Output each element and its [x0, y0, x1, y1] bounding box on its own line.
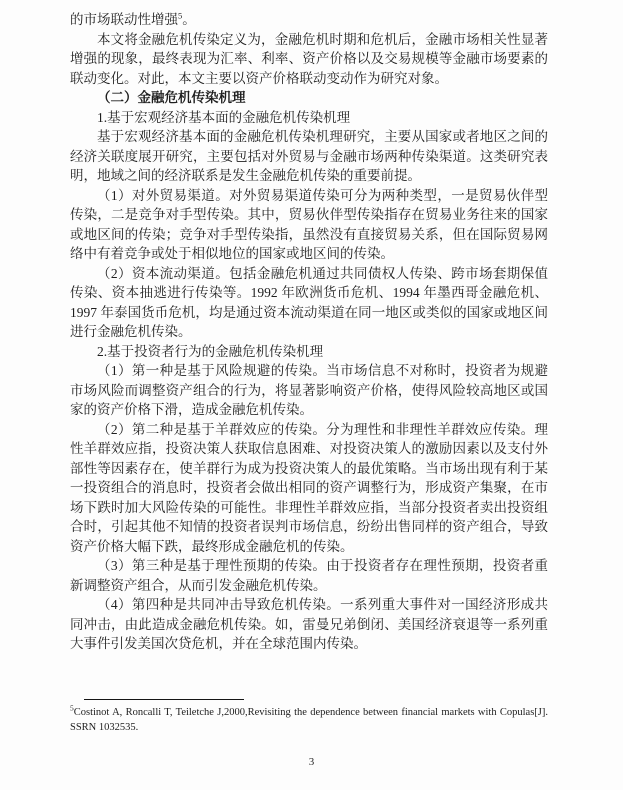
page-body: 的市场联动性增强5。 本文将金融危机传染定义为，金融危机时期和危机后，金融市场相…	[70, 10, 548, 654]
paragraph-risk-aversion: （1）第一种是基于风险规避的传染。当市场信息不对称时，投资者为规避市场风险而调整…	[70, 361, 548, 420]
paragraph-capital-channel: （2）资本流动渠道。包括金融危机通过共同债权人传染、跨市场套期保值传染、资本抽逃…	[70, 264, 548, 342]
subsection-2-title: 2.基于投资者行为的金融危机传染机理	[70, 342, 548, 362]
continuation-period: 。	[182, 12, 196, 27]
paragraph-trade-channel: （1）对外贸易渠道。对外贸易渠道传染可分为两种类型，一是贸易伙伴型传染，二是竞争…	[70, 186, 548, 264]
continuation-text: 的市场联动性增强	[70, 12, 178, 27]
footnote-citation: 5Costinot A, Roncalli T, Teiletche J,200…	[70, 705, 548, 735]
paragraph-continuation: 的市场联动性增强5。	[70, 10, 548, 30]
paragraph-rational-expectation: （3）第三种是基于理性预期的传染。由于投资者存在理性预期，投资者重新调整资产组合…	[70, 556, 548, 595]
paragraph-macro-overview: 基于宏观经济基本面的金融危机传染机理研究，主要从国家或者地区之间的经济关联度展开…	[70, 127, 548, 186]
page-number: 3	[0, 756, 623, 768]
paragraph-herd-effect: （2）第二种是基于羊群效应的传染。分为理性和非理性羊群效应传染。理性羊群效应指，…	[70, 420, 548, 557]
footnote-area: 5Costinot A, Roncalli T, Teiletche J,200…	[70, 699, 548, 735]
document-page: 的市场联动性增强5。 本文将金融危机传染定义为，金融危机时期和危机后，金融市场相…	[0, 0, 623, 790]
subsection-1-title: 1.基于宏观经济基本面的金融危机传染机理	[70, 108, 548, 128]
paragraph-common-shock: （4）第四种是共同冲击导致危机传染。一系列重大事件对一国经济形成共同冲击，由此造…	[70, 595, 548, 654]
section-heading: （二）金融危机传染机理	[70, 88, 548, 108]
footnote-separator-rule	[84, 699, 244, 700]
paragraph-definition: 本文将金融危机传染定义为，金融危机时期和危机后，金融市场相关性显著增强的现象，最…	[70, 30, 548, 89]
footnote-citation-text: Costinot A, Roncalli T, Teiletche J,2000…	[70, 707, 548, 733]
